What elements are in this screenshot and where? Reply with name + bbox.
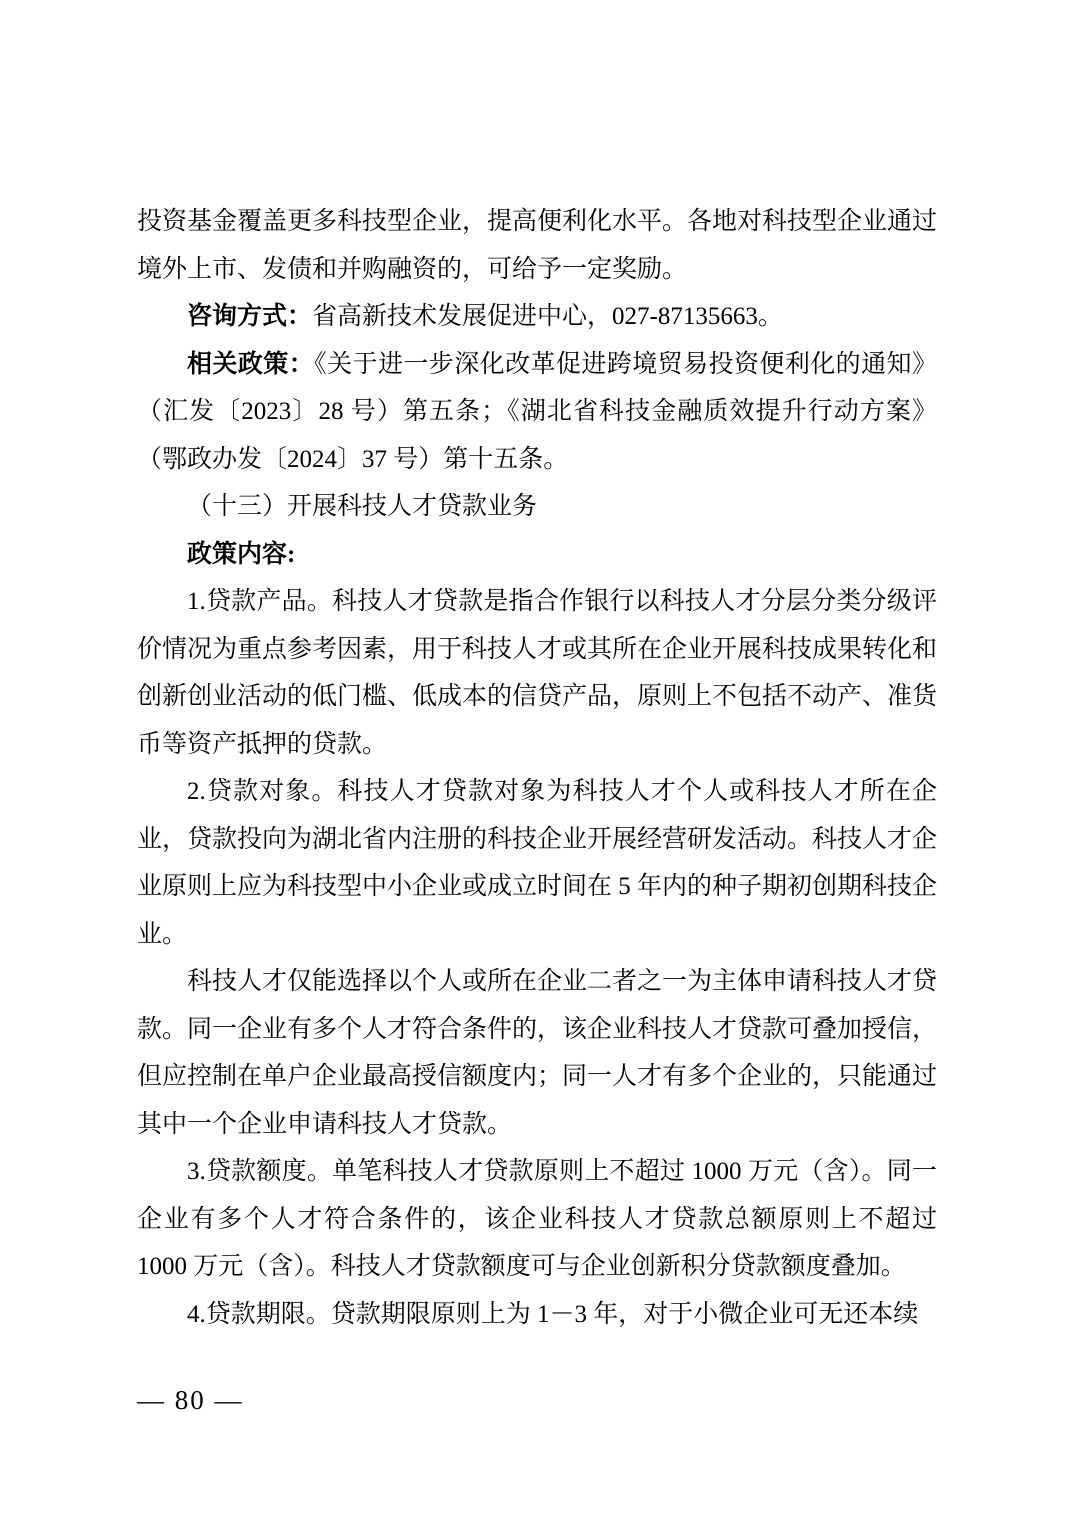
paragraph-text: 2.贷款对象。科技人才贷款对象为科技人才个人或科技人才所在企业，贷款投向为湖北省…	[137, 778, 937, 948]
contact-text: 省高新技术发展促进中心，027-87135663。	[312, 303, 783, 330]
paragraph-loan-target: 2.贷款对象。科技人才贷款对象为科技人才个人或科技人才所在企业，贷款投向为湖北省…	[137, 768, 937, 958]
paragraph-loan-product: 1.贷款产品。科技人才贷款是指合作银行以科技人才分层分类分级评价情况为重点参考因…	[137, 578, 937, 768]
paragraph-text: 科技人才仅能选择以个人或所在企业二者之一为主体申请科技人才贷款。同一企业有多个人…	[137, 968, 937, 1138]
document-page: 投资基金覆盖更多科技型企业，提高便利化水平。各地对科技型企业通过境外上市、发债和…	[0, 0, 1074, 1520]
paragraph-text: 3.贷款额度。单笔科技人才贷款原则上不超过 1000 万元（含）。同一企业有多个…	[137, 1158, 937, 1280]
contact-paragraph: 咨询方式：省高新技术发展促进中心，027-87135663。	[137, 293, 937, 341]
related-policy-label: 相关政策：	[187, 351, 314, 378]
paragraph-continuation: 投资基金覆盖更多科技型企业，提高便利化水平。各地对科技型企业通过境外上市、发债和…	[137, 198, 937, 293]
paragraph-talent-restriction: 科技人才仅能选择以个人或所在企业二者之一为主体申请科技人才贷款。同一企业有多个人…	[137, 958, 937, 1148]
policy-content-heading: 政策内容:	[137, 531, 937, 579]
paragraph-text: 4.贷款期限。贷款期限原则上为 1－3 年，对于小微企业可无还本续	[187, 1301, 918, 1328]
section-heading-text: （十三）开展科技人才贷款业务	[187, 493, 537, 520]
page-number: — 80 —	[137, 1385, 244, 1415]
paragraph-text: 1.贷款产品。科技人才贷款是指合作银行以科技人才分层分类分级评价情况为重点参考因…	[137, 588, 937, 758]
related-policy-paragraph: 相关政策：《关于进一步深化改革促进跨境贸易投资便利化的通知》（汇发〔2023〕2…	[137, 341, 937, 484]
document-body: 投资基金覆盖更多科技型企业，提高便利化水平。各地对科技型企业通过境外上市、发债和…	[137, 198, 937, 1338]
policy-content-label: 政策内容:	[187, 541, 295, 568]
section-heading: （十三）开展科技人才贷款业务	[137, 483, 937, 531]
page-footer: — 80 —	[137, 1382, 244, 1418]
paragraph-loan-term: 4.贷款期限。贷款期限原则上为 1－3 年，对于小微企业可无还本续	[137, 1291, 937, 1339]
paragraph-text: 投资基金覆盖更多科技型企业，提高便利化水平。各地对科技型企业通过境外上市、发债和…	[137, 208, 937, 283]
contact-label: 咨询方式：	[187, 303, 312, 330]
paragraph-loan-amount: 3.贷款额度。单笔科技人才贷款原则上不超过 1000 万元（含）。同一企业有多个…	[137, 1148, 937, 1291]
